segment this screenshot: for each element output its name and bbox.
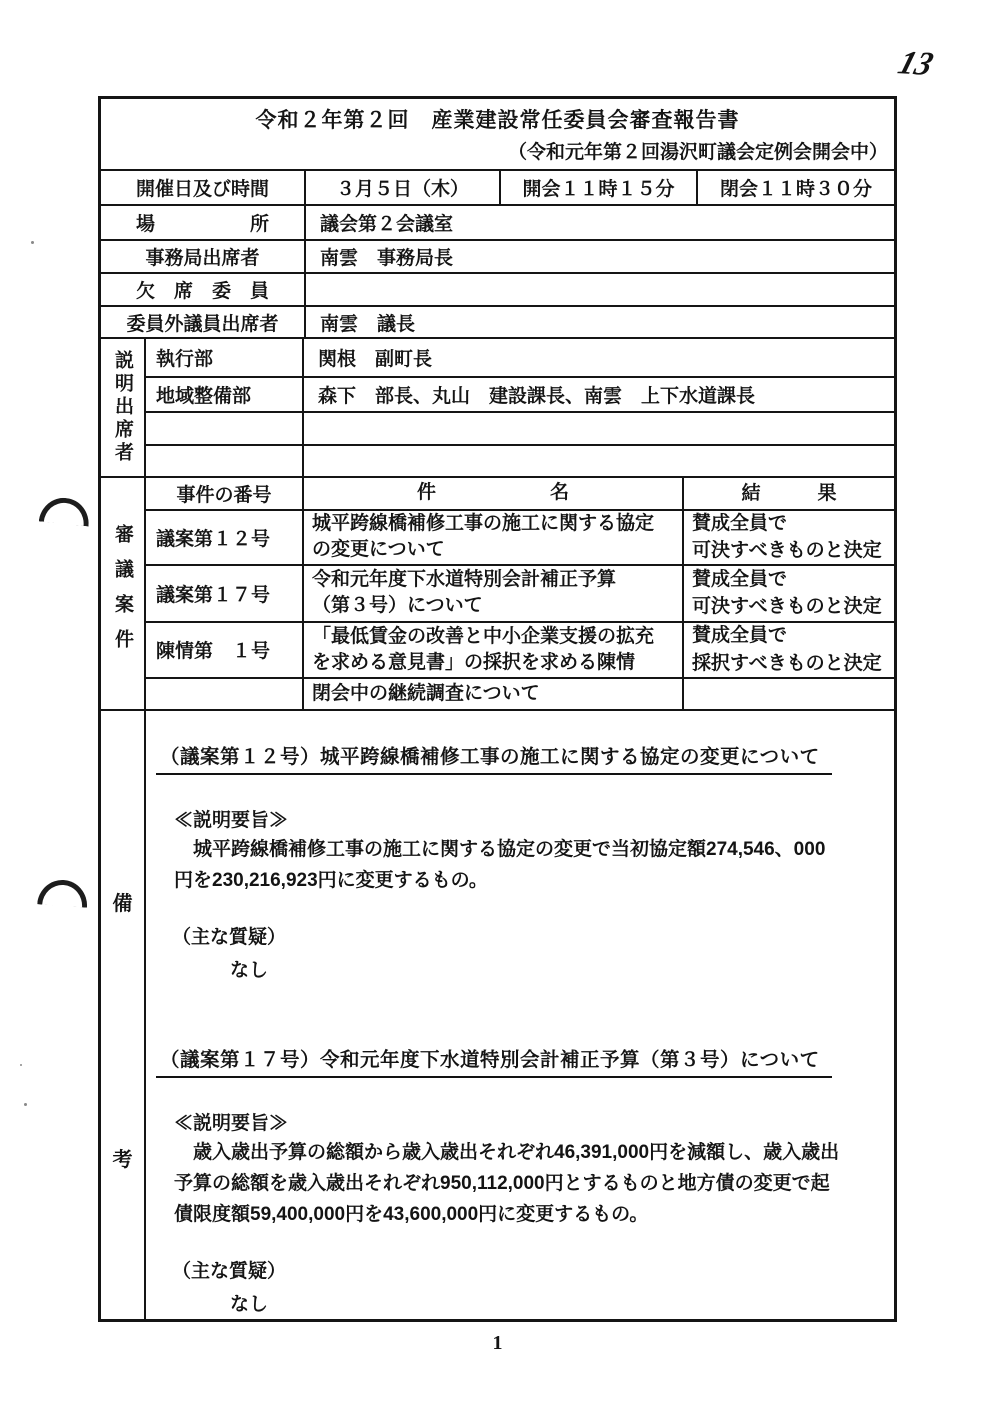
agenda-row-result: 賛成全員で 可決すべきものと決定 [684,511,894,564]
summary-label: ≪説明要旨≫ [174,805,874,832]
place-label: 場 所 [101,206,306,239]
agenda-section-label-cell: 審議案件 [101,478,146,709]
non-member-label: 委員外議員出席者 [101,307,306,337]
explainers-section-label-cell: 説明出席者 [101,339,146,476]
agenda-row-number: 議案第１７号 [146,566,304,621]
agenda-header-row: 事件の番号 件 名 結 果 [146,478,894,509]
page-number: 1 [98,1332,897,1355]
title-block: 令和２年第２回 産業建設常任委員会審査報告書 （令和元年第２回湯沢町議会定例会開… [101,99,894,169]
table-row: 執行部 関根 副町長 [146,339,894,376]
punch-mark [37,878,89,907]
qa-label: （主な質疑） [172,922,874,949]
explainer-row-label: 地域整備部 [146,378,304,411]
row-secretariat: 事務局出席者 南雲 事務局長 [101,239,894,272]
agenda-row-result: 賛成全員で 可決すべきものと決定 [684,566,894,621]
datetime-close: 閉会１１時３０分 [698,171,894,204]
remarks-label-char: 考 [101,1143,144,1172]
qa-answer: なし [230,1289,874,1316]
handwritten-page-mark: 13 [894,45,938,84]
scan-speck [24,1103,27,1106]
table-row [146,411,894,444]
explainers-section-label: 説明出席者 [109,350,136,465]
explainer-row-value: 関根 副町長 [304,339,894,376]
agenda-row-number [146,679,304,709]
agenda-header-result: 結 果 [684,478,894,509]
absent-value [306,274,894,305]
explainer-row-value [304,446,894,476]
agenda-row-number: 陳情第 １号 [146,623,304,677]
agenda-row-name: 城平跨線橋補修工事の施工に関する協定 の変更について [304,511,684,564]
section-agenda: 審議案件 事件の番号 件 名 結 果 議案第１２号 城平跨線橋補修工事の施工に関… [101,476,894,709]
row-absent-members: 欠 席 委 員 [101,272,894,305]
remarks-content: （議案第１２号）城平跨線橋補修工事の施工に関する協定の変更について ≪説明要旨≫… [146,711,894,1319]
datetime-open: 開会１１時１５分 [501,171,698,204]
report-document: 令和２年第２回 産業建設常任委員会審査報告書 （令和元年第２回湯沢町議会定例会開… [98,96,897,1322]
explainers-rows: 執行部 関根 副町長 地域整備部 森下 部長、丸山 建設課長、南雲 上下水道課長 [146,339,894,476]
remarks-heading: （議案第１７号）令和元年度下水道特別会計補正予算（第３号）について [156,1044,832,1078]
row-non-member-attendees: 委員外議員出席者 南雲 議長 [101,305,894,337]
place-value: 議会第２会議室 [306,206,894,239]
row-datetime: 開催日及び時間 ３月５日（木） 開会１１時１５分 閉会１１時３０分 [101,169,894,204]
remarks-section-label-cell: 備 考 [101,711,146,1319]
explainer-row-label [146,413,304,444]
summary-paragraph: 城平跨線橋補修工事の施工に関する協定の変更で当初協定額274,546、000 円… [174,834,874,896]
absent-label: 欠 席 委 員 [101,274,306,305]
agenda-row-name: 閉会中の継続調査について [304,679,684,709]
scan-speck [20,1064,22,1066]
datetime-label: 開催日及び時間 [101,171,306,204]
table-row [146,444,894,476]
agenda-table: 事件の番号 件 名 結 果 議案第１２号 城平跨線橋補修工事の施工に関する協定 … [146,478,894,709]
table-row: 陳情第 １号 「最低賃金の改善と中小企業支援の拡充 を求める意見書」の採択を求め… [146,621,894,677]
document-title: 令和２年第２回 産業建設常任委員会審査報告書 [101,104,894,134]
explainer-row-value: 森下 部長、丸山 建設課長、南雲 上下水道課長 [304,378,894,411]
scan-speck [31,241,34,244]
agenda-row-name: 令和元年度下水道特別会計補正予算 （第３号）について [304,566,684,621]
summary-label: ≪説明要旨≫ [174,1108,874,1135]
non-member-value: 南雲 議長 [306,307,894,337]
agenda-header-number: 事件の番号 [146,478,304,509]
datetime-date: ３月５日（木） [306,171,501,204]
explainer-row-label [146,446,304,476]
remarks-label-char: 備 [101,887,144,916]
agenda-row-result [684,679,894,709]
document-subtitle: （令和元年第２回湯沢町議会定例会開会中） [101,137,894,164]
agenda-row-number: 議案第１２号 [146,511,304,564]
row-place: 場 所 議会第２会議室 [101,204,894,239]
summary-paragraph: 歳入歳出予算の総額から歳入歳出それぞれ46,391,000円を減額し、歳入歳出 … [174,1137,874,1230]
secretariat-value: 南雲 事務局長 [306,241,894,272]
table-row: 閉会中の継続調査について [146,677,894,709]
table-row: 地域整備部 森下 部長、丸山 建設課長、南雲 上下水道課長 [146,376,894,411]
table-row: 議案第１７号 令和元年度下水道特別会計補正予算 （第３号）について 賛成全員で … [146,564,894,621]
agenda-row-name: 「最低賃金の改善と中小企業支援の拡充 を求める意見書」の採択を求める陳情 [304,623,684,677]
explainer-row-label: 執行部 [146,339,304,376]
explainer-row-value [304,413,894,444]
punch-mark [39,495,91,526]
table-row: 議案第１２号 城平跨線橋補修工事の施工に関する協定 の変更について 賛成全員で … [146,509,894,564]
agenda-section-label: 審議案件 [109,524,136,664]
qa-answer: なし [230,955,874,982]
section-remarks: 備 考 （議案第１２号）城平跨線橋補修工事の施工に関する協定の変更について ≪説… [101,709,894,1319]
agenda-header-name: 件 名 [304,478,684,509]
secretariat-label: 事務局出席者 [101,241,306,272]
remarks-heading: （議案第１２号）城平跨線橋補修工事の施工に関する協定の変更について [156,741,832,775]
section-explainers: 説明出席者 執行部 関根 副町長 地域整備部 森下 部長、丸山 建設課長、南雲 … [101,337,894,476]
qa-label: （主な質疑） [172,1256,874,1283]
agenda-row-result: 賛成全員で 採択すべきものと決定 [684,623,894,677]
